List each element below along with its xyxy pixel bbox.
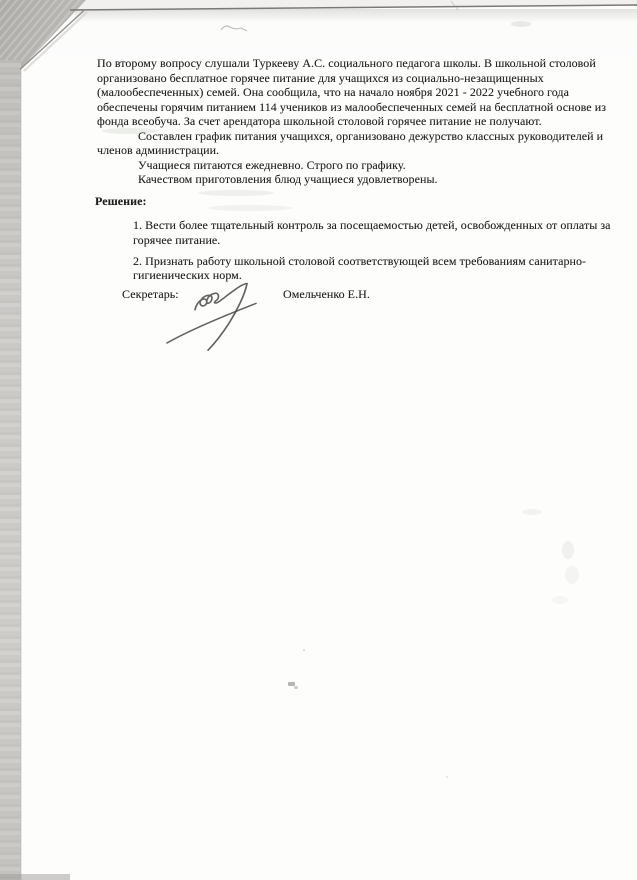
- body-line: организовано бесплатное горячее питание …: [94, 71, 604, 86]
- dark-speck: [288, 682, 295, 686]
- body-line: Качеством приготовления блюд учащиеся уд…: [94, 172, 604, 187]
- body-line: Учащиеся питаются ежедневно. Строго по г…: [94, 158, 604, 173]
- document-text: По второму вопросу слушали Туркееву А.С.…: [94, 56, 604, 357]
- faint-wisp: [565, 566, 579, 584]
- decision-heading: Решение:: [94, 194, 604, 209]
- body-line: (малообеспеченных) семей. Она сообщила, …: [94, 85, 604, 100]
- page-top-edge-line: [70, 5, 637, 10]
- corner-fold-edge-line: [20, 10, 85, 70]
- body-line: членов администрации.: [94, 143, 604, 158]
- faint-wisp: [562, 541, 574, 559]
- top-edge-hair-mark: [451, 1, 458, 10]
- dust-dot: [303, 649, 305, 651]
- body-line: По второму вопросу слушали Туркееву А.С.…: [94, 56, 604, 71]
- decision-item-line: горячее питание.: [94, 233, 604, 248]
- decision-item-line: 2. Признать работу школьной столовой соо…: [94, 254, 604, 269]
- body-line: Составлен график питания учащихся, орган…: [94, 129, 604, 144]
- decision-list: 1. Вести более тщательный контроль за по…: [94, 218, 604, 282]
- secretary-name: Омельченко Е.Н.: [283, 287, 370, 302]
- dark-speck: [294, 686, 298, 689]
- decision-item-line: 1. Вести более тщательный контроль за по…: [94, 218, 604, 233]
- dust-dot: [446, 776, 448, 778]
- handwritten-signature: [159, 280, 259, 352]
- faint-wisp: [552, 596, 568, 604]
- signature-row: Секретарь: Омельченко Е.Н.: [94, 287, 604, 357]
- body-line: фонда всеобуча. За счет арендатора школь…: [94, 114, 604, 129]
- faint-smudge: [511, 21, 531, 27]
- corner-fold-highlight: [24, 12, 87, 71]
- pencil-squiggle-mark: [221, 26, 247, 31]
- faint-wisp: [522, 509, 542, 515]
- bottom-edge-smear: [0, 874, 70, 880]
- body-line: обеспечены горячим питанием 114 учеников…: [94, 100, 604, 115]
